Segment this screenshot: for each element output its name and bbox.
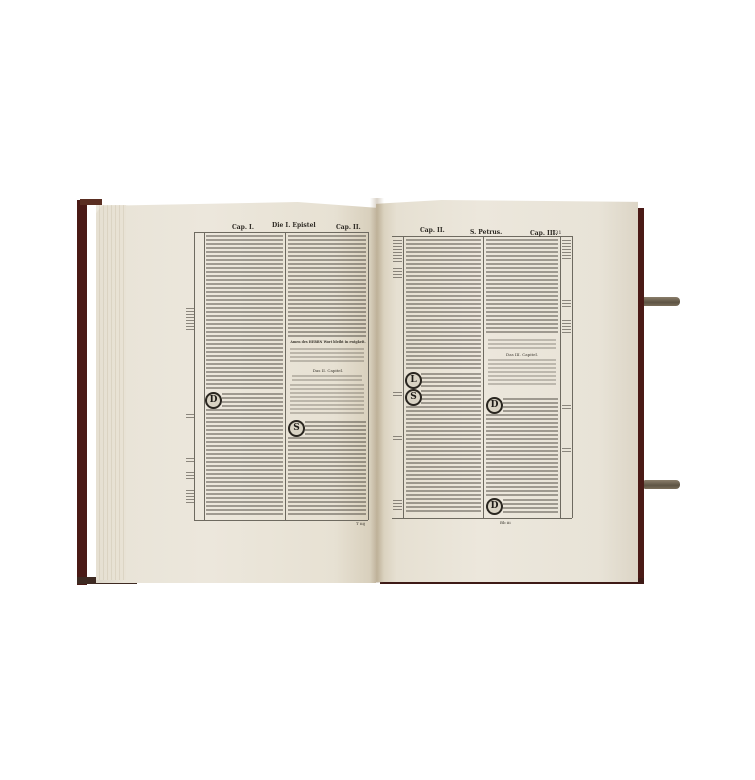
left-bottom-rule: [194, 520, 368, 521]
right-col1-text: [421, 373, 481, 387]
left-dropcap-1: D: [205, 392, 222, 409]
right-summary-text: [488, 339, 556, 349]
left-col2-text: [288, 235, 366, 337]
right-margin-note: [393, 392, 402, 398]
right-col2-text: [486, 414, 558, 498]
right-chapter-title: Das III. Capitel.: [486, 352, 558, 357]
left-right-edge: [368, 232, 369, 520]
left-margin-note: [186, 414, 194, 420]
left-verse-rule: [204, 232, 205, 520]
right-dropcap-2: S: [405, 389, 422, 406]
right-footer-signature: Bb iii: [500, 520, 511, 525]
right-dropcap-3: D: [486, 397, 503, 414]
upper-clasp: [638, 297, 680, 306]
left-dropcap-2: S: [288, 420, 305, 437]
right-outer-edge: [572, 236, 573, 518]
right-column-divider: [483, 236, 484, 518]
right-margin-note: [562, 240, 571, 260]
left-chapter-summary: [292, 375, 362, 381]
left-margin-note: [186, 490, 194, 504]
left-cover-edge: [77, 200, 87, 585]
right-summary-text: [488, 359, 556, 387]
left-margin-rule: [194, 232, 195, 520]
right-margin-note: [562, 405, 571, 411]
left-margin-note: [186, 308, 194, 330]
right-margin-note: [562, 320, 571, 334]
right-margin-note: [393, 500, 402, 510]
left-col2-text: [288, 437, 366, 516]
left-col1-text: [206, 235, 283, 390]
right-dropcap-1: L: [405, 372, 422, 389]
left-header-right: Cap. II.: [336, 224, 361, 231]
left-col1-text: [222, 393, 283, 407]
right-header-left: Cap. II.: [420, 227, 445, 234]
right-dropcap-4: D: [486, 498, 503, 515]
right-margin-note: [393, 268, 402, 278]
right-margin-note: [393, 240, 402, 262]
left-summary-text: [290, 384, 364, 416]
book-gutter: [370, 198, 384, 583]
right-col1-text: [406, 239, 481, 369]
left-chapter-title: Das II. Capitel.: [289, 368, 367, 373]
right-margin-rule: [403, 236, 404, 518]
right-col2-text: [503, 499, 558, 515]
left-col2-heading: Amen des HERRN Wort bleibt in ewigkeit.: [289, 340, 367, 344]
right-bottom-rule: [392, 518, 572, 519]
page-fore-edges: [96, 205, 126, 580]
left-footer-catchword: T iiij: [356, 521, 365, 526]
right-margin-note: [562, 448, 571, 454]
book-photo: Cap. I. Die I. Epistel Cap. II. D Amen d…: [0, 0, 755, 780]
left-col1-text: [206, 409, 283, 516]
left-header-center: Die I. Epistel: [272, 222, 316, 229]
left-header-left: Cap. I.: [232, 224, 254, 231]
left-col2-text: [305, 421, 366, 435]
right-margin-note: [562, 300, 571, 308]
right-col1-text: [406, 406, 481, 514]
right-col2-text: [486, 239, 558, 335]
right-right-edge: [560, 236, 561, 518]
left-margin-note: [186, 472, 194, 480]
right-col1-text: [421, 390, 481, 404]
left-margin-note: [186, 458, 194, 464]
left-summary-text: [290, 348, 364, 364]
right-margin-note: [393, 436, 402, 442]
lower-clasp: [644, 480, 680, 489]
right-header-center: S. Petrus.: [470, 229, 502, 236]
left-column-divider: [285, 232, 286, 520]
left-header-rule: [194, 232, 368, 233]
right-col2-text: [503, 398, 558, 412]
